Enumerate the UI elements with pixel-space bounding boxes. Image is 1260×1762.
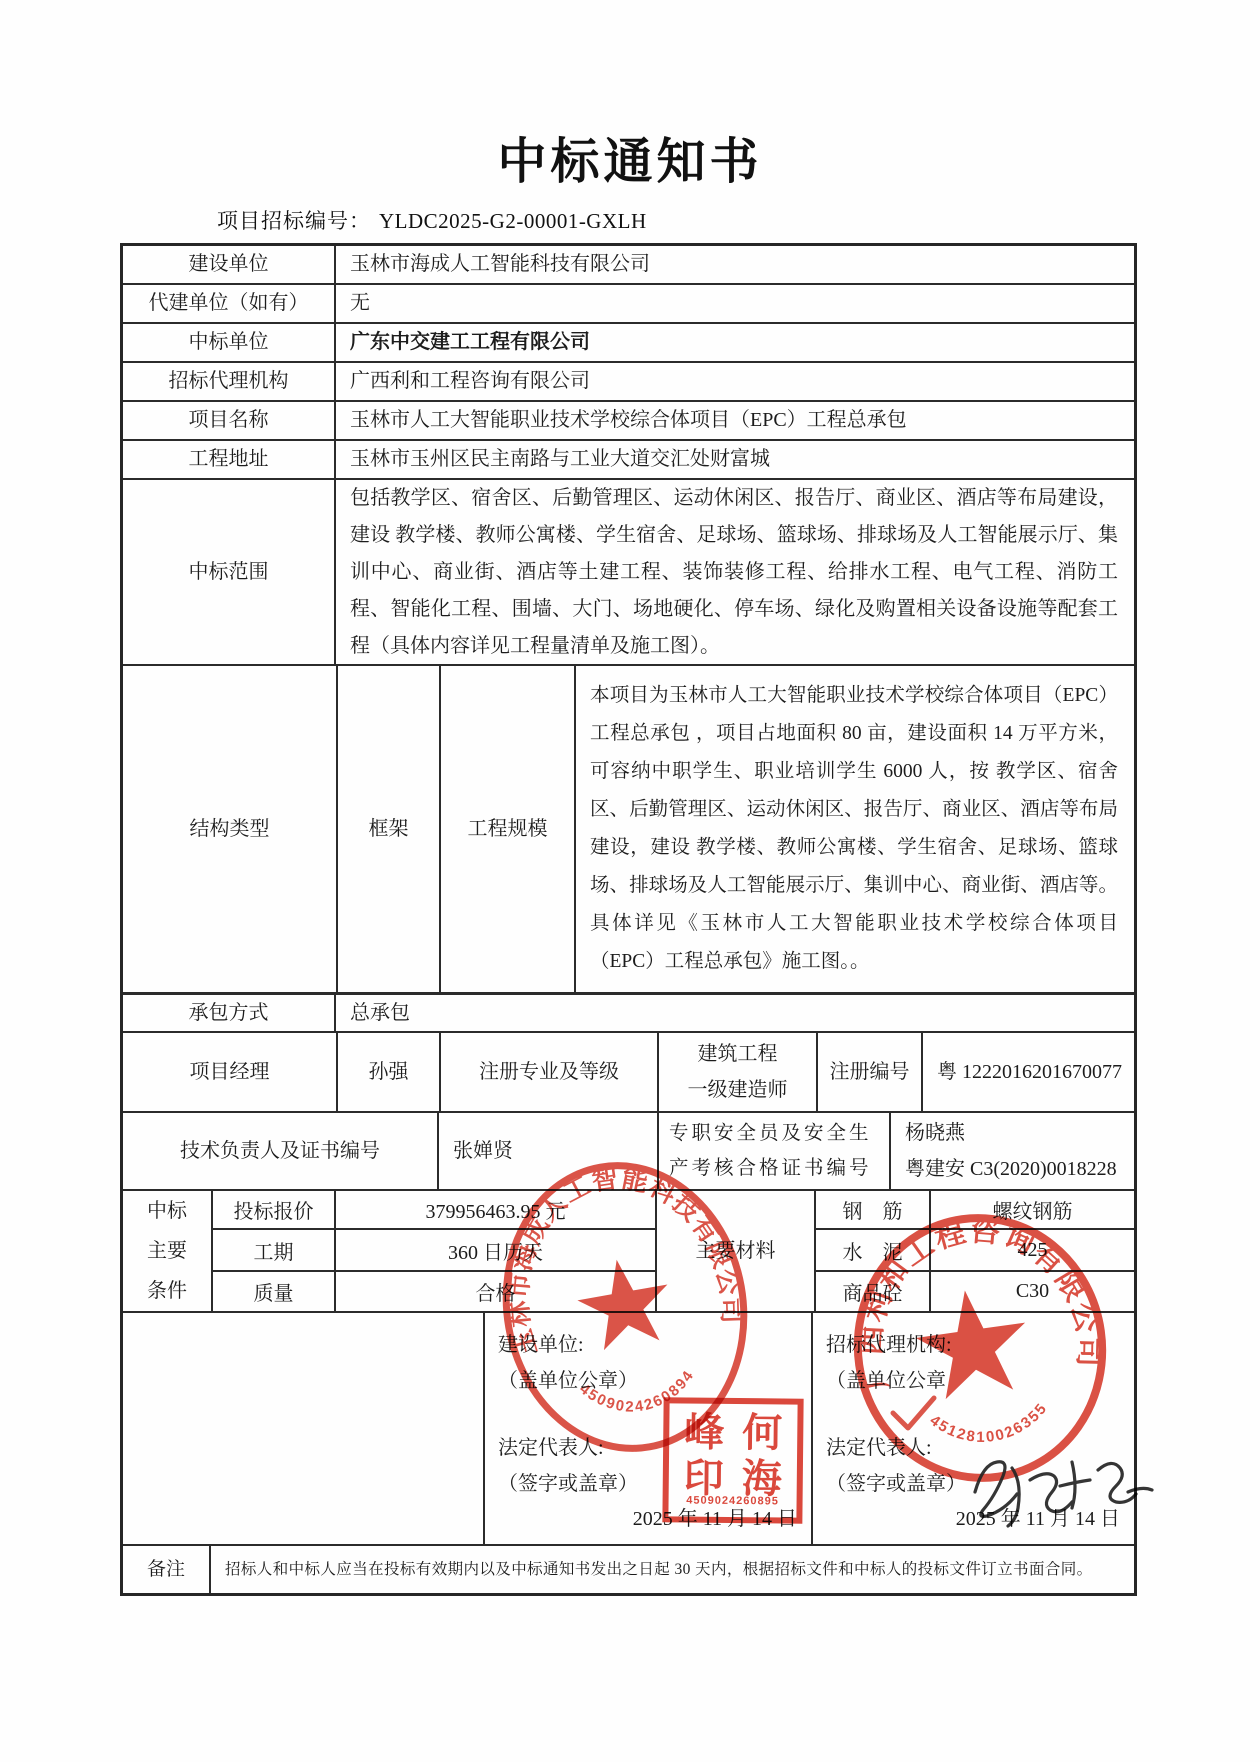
bid-conditions-line3: 条件	[147, 1271, 187, 1311]
table-row-bid-conditions: 中标 主要 条件 投标报价 工期 质量 379956463.95 元 360 日…	[123, 1191, 1134, 1313]
structure-type-label: 结构类型	[123, 666, 338, 992]
row-label: 承包方式	[123, 995, 336, 1031]
materials-label: 主要材料	[657, 1191, 816, 1311]
safety-cert-no: 粤建安 C3(2020)0018228	[905, 1151, 1117, 1187]
row-value: 广西利和工程咨询有限公司	[336, 363, 1134, 400]
row-value: 玉林市海成人工智能科技有限公司	[336, 246, 1134, 283]
project-scale-text: 本项目为玉林市人工大智能职业技术学校综合体项目（EPC）工程总承包 ，项目占地面…	[576, 669, 1134, 989]
bid-price-label: 投标报价	[213, 1191, 334, 1230]
project-scale-label: 工程规模	[441, 666, 576, 992]
safety-officer-value: 杨晓燕 粤建安 C3(2020)0018228	[891, 1113, 1134, 1189]
table-row: 建设单位 玉林市海成人工智能科技有限公司	[123, 246, 1134, 285]
steel-label: 钢 筋	[816, 1191, 929, 1230]
safety-officer-name: 杨晓燕	[905, 1115, 965, 1151]
pm-reg-major-line1: 建筑工程	[698, 1036, 778, 1072]
duration-label: 工期	[213, 1230, 334, 1271]
cement-label: 水 泥	[816, 1230, 929, 1271]
signature-empty-cell	[123, 1313, 485, 1544]
agency-date: 2025 年 11 月 14 日	[826, 1502, 1134, 1536]
tender-number-line: 项目招标编号：YLDC2025-G2-00001-GXLH	[217, 205, 647, 235]
row-label: 中标单位	[123, 324, 336, 361]
duration-value: 360 日历天	[336, 1230, 655, 1271]
agency-title: 招标代理机构:	[826, 1327, 1134, 1363]
quality-label: 质量	[213, 1272, 334, 1311]
table-row-bid-scope: 中标范围 包括教学区、宿舍区、后勤管理区、运动休闲区、报告厅、商业区、酒店等布局…	[123, 480, 1134, 666]
pm-reg-major-value: 建筑工程 一级建造师	[659, 1033, 818, 1111]
pm-reg-no-label: 注册编号	[818, 1033, 923, 1111]
table-row: 中标单位 广东中交建工工程有限公司	[123, 324, 1134, 363]
safety-label-line1: 专职安全员及安全生	[669, 1116, 872, 1151]
notice-table: 建设单位 玉林市海成人工智能科技有限公司 代建单位（如有） 无 中标单位 广东中…	[120, 243, 1137, 1596]
row-label: 项目名称	[123, 402, 336, 439]
agency-rep-label: 法定代表人:	[826, 1430, 1134, 1466]
pm-reg-major-line2: 一级建造师	[688, 1072, 788, 1108]
concrete-label: 商品砼	[816, 1272, 929, 1311]
row-value: 广东中交建工工程有限公司	[336, 324, 1134, 361]
structure-type-value: 框架	[338, 666, 441, 992]
bid-conditions-line2: 主要	[147, 1231, 187, 1271]
bid-conditions-line1: 中标	[147, 1191, 187, 1231]
pm-label: 项目经理	[123, 1033, 338, 1111]
tender-number-value: YLDC2025-G2-00001-GXLH	[379, 209, 647, 233]
bid-price-value: 379956463.95 元	[336, 1191, 655, 1230]
signature-block-agency: 招标代理机构: （盖单位公章 法定代表人: （签字或盖章） 2025 年 11 …	[813, 1313, 1134, 1544]
table-row-tech-lead: 技术负责人及证书编号 张婵贤 专职安全员及安全生 产考核合格证书编号 杨晓燕 粤…	[123, 1113, 1134, 1191]
agency-seal-note: （盖单位公章	[826, 1363, 1134, 1399]
steel-value: 螺纹钢筋	[931, 1191, 1134, 1230]
name-seal-number: 4509024260895	[686, 1495, 779, 1508]
concrete-value: C30	[931, 1272, 1134, 1311]
row-label: 建设单位	[123, 246, 336, 283]
row-value: 玉林市人工大智能职业技术学校综合体项目（EPC）工程总承包	[336, 402, 1134, 439]
agency-sign-note: （签字或盖章）	[826, 1466, 1134, 1502]
pm-reg-major-label: 注册专业及等级	[441, 1033, 659, 1111]
bid-notice-page: 中标通知书 项目招标编号：YLDC2025-G2-00001-GXLH 建设单位…	[0, 0, 1260, 1762]
table-row-remark: 备注 招标人和中标人应当在投标有效期内以及中标通知书发出之日起 30 天内，根据…	[123, 1546, 1134, 1593]
bid-scope-text: 包括教学区、宿舍区、后勤管理区、运动休闲区、报告厅、商业区、酒店等布局建设，建设…	[336, 472, 1134, 673]
table-row: 项目名称 玉林市人工大智能职业技术学校综合体项目（EPC）工程总承包	[123, 402, 1134, 441]
row-label: 代建单位（如有）	[123, 285, 336, 322]
quality-value: 合格	[336, 1272, 655, 1311]
pm-name: 孙强	[338, 1033, 441, 1111]
row-label: 中标范围	[123, 480, 336, 664]
safety-officer-label: 专职安全员及安全生 产考核合格证书编号	[659, 1113, 891, 1189]
pm-reg-no: 粤 1222016201670077	[923, 1033, 1134, 1111]
seal-char: 海	[733, 1452, 791, 1499]
tech-lead-name: 张婵贤	[439, 1113, 659, 1189]
row-label: 工程地址	[123, 441, 336, 478]
row-label: 招标代理机构	[123, 363, 336, 400]
page-title: 中标通知书	[0, 123, 1260, 193]
owner-seal-note: （盖单位公章）	[498, 1363, 811, 1399]
table-row: 承包方式 总承包	[123, 995, 1134, 1033]
cement-value: 425	[931, 1230, 1134, 1271]
legal-rep-name-seal: 峰 何 印 海 4509024260895	[662, 1397, 803, 1523]
bid-conditions-header: 中标 主要 条件	[123, 1191, 213, 1311]
table-row: 招标代理机构 广西利和工程咨询有限公司	[123, 363, 1134, 402]
row-value: 无	[336, 285, 1134, 322]
table-row: 代建单位（如有） 无	[123, 285, 1134, 324]
table-row-project-manager: 项目经理 孙强 注册专业及等级 建筑工程 一级建造师 注册编号 粤 122201…	[123, 1033, 1134, 1113]
table-row-structure-scale: 结构类型 框架 工程规模 本项目为玉林市人工大智能职业技术学校综合体项目（EPC…	[123, 666, 1134, 995]
owner-title: 建设单位:	[498, 1327, 811, 1363]
tender-number-label: 项目招标编号：	[217, 209, 371, 233]
row-value: 总承包	[336, 995, 1134, 1031]
tech-lead-label: 技术负责人及证书编号	[123, 1113, 439, 1189]
seal-char: 印	[675, 1451, 733, 1498]
remark-text: 招标人和中标人应当在投标有效期内以及中标通知书发出之日起 30 天内，根据招标文…	[211, 1546, 1134, 1593]
safety-label-line2: 产考核合格证书编号	[669, 1151, 872, 1186]
table-row-signatures: 建设单位: （盖单位公章） 法定代表人: （签字或盖章） 2025 年 11 月…	[123, 1313, 1134, 1546]
remark-label: 备注	[123, 1546, 211, 1593]
